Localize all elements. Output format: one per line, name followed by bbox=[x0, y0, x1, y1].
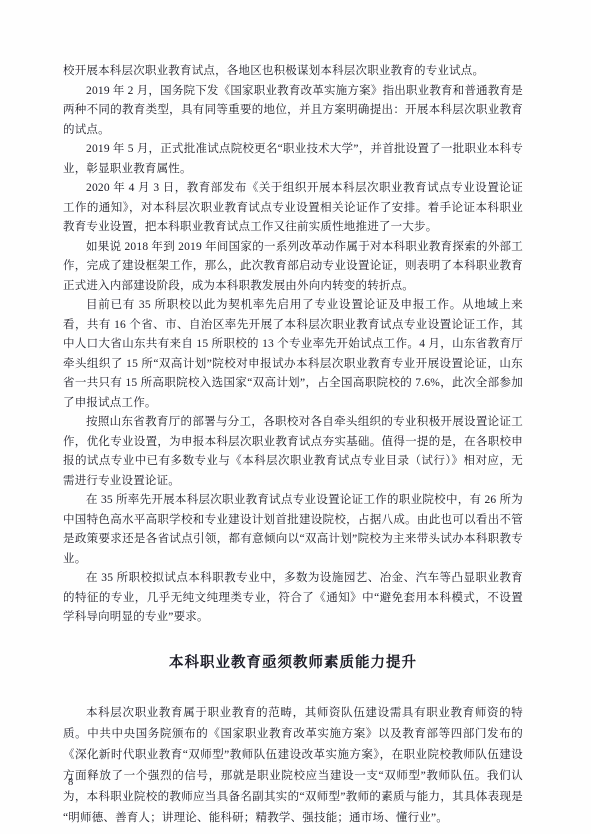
body-paragraph: 在 35 所职校拟试点本科职教专业中，多数为设施园艺、冶金、汽车等凸显职业教育的… bbox=[63, 569, 523, 628]
body-paragraph: 2019 年 2 月，国务院下发《国家职业教育改革实施方案》指出职业教育和普通教… bbox=[63, 82, 523, 141]
body-paragraph: 2019 年 5 月，正式批准试点院校更名“职业技术大学”，并首批设置了一批职业… bbox=[63, 140, 523, 179]
body-paragraph: 2020 年 4 月 3 日，教育部发布《关于组织开展本科层次职业教育试点专业设… bbox=[63, 179, 523, 238]
section-heading: 本科职业教育亟须教师素质能力提升 bbox=[63, 654, 523, 673]
page-footer: 8 bbox=[68, 772, 73, 790]
document-page: 校开展本科层次职业教育试点，各地区也积极谋划本科层次职业教育的专业试点。2019… bbox=[0, 0, 591, 834]
body-paragraph: 如果说 2018 年到 2019 年间国家的一系列改革动作属于对本科职业教育探索… bbox=[63, 238, 523, 297]
body-paragraph: 校开展本科层次职业教育试点，各地区也积极谋划本科层次职业教育的专业试点。 bbox=[63, 62, 523, 82]
body-paragraph: 按照山东省教育厅的部署与分工，各职校对各自牵头组织的专业积极开展设置论证工作，优… bbox=[63, 413, 523, 491]
body-paragraph: 本科层次职业教育属于职业教育的范畴，其师资队伍建设需具有职业教育师资的特质。中共… bbox=[63, 703, 523, 829]
page-number: 8 bbox=[68, 777, 73, 788]
body-paragraph: 在 35 所率先开展本科层次职业教育试点专业设置论证工作的职业院校中，有 26 … bbox=[63, 491, 523, 569]
body-paragraph: 目前已有 35 所职校以此为契机率先启用了专业设置论证及申报工作。从地域上来看，… bbox=[63, 296, 523, 413]
page-body: 校开展本科层次职业教育试点，各地区也积极谋划本科层次职业教育的专业试点。2019… bbox=[63, 62, 523, 829]
